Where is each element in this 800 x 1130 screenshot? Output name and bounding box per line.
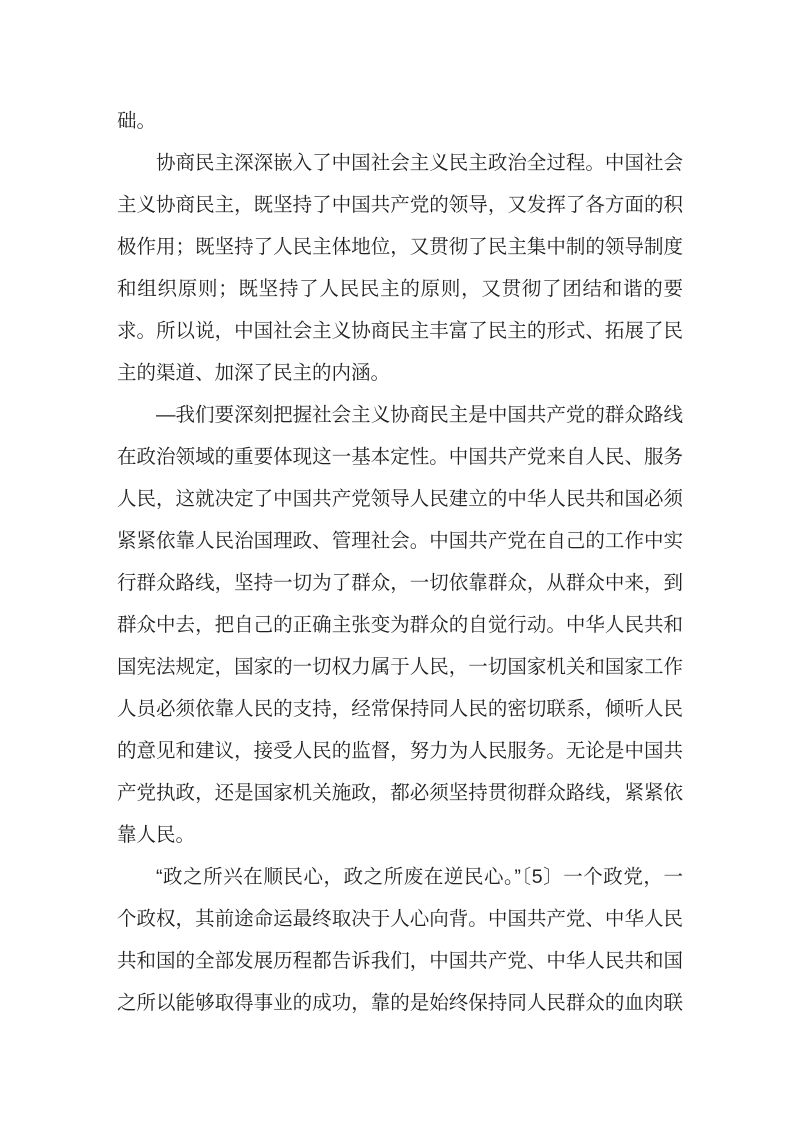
text-line: 主的渠道、加深了民主的内涵。 (117, 352, 683, 394)
text-line: 行群众路线，坚持一切为了群众，一切依靠群众，从群众中来，到 (117, 562, 683, 604)
text-line: 的意见和建议，接受人民的监督，努力为人民服务。无论是中国共 (117, 730, 683, 772)
text-line: 协商民主深深嵌入了中国社会主义民主政治全过程。中国社会 (117, 142, 683, 184)
paragraph: 础。 (117, 100, 683, 142)
document-content: 础。协商民主深深嵌入了中国社会主义民主政治全过程。中国社会主义协商民主，既坚持了… (117, 100, 683, 1024)
paragraph: —我们要深刻把握社会主义协商民主是中国共产党的群众路线在政治领域的重要体现这一基… (117, 394, 683, 856)
text-line: 紧紧依靠人民治国理政、管理社会。中国共产党在自己的工作中实 (117, 520, 683, 562)
text-line: 产党执政，还是国家机关施政，都必须坚持贯彻群众路线，紧紧依 (117, 772, 683, 814)
document-page: 础。协商民主深深嵌入了中国社会主义民主政治全过程。中国社会主义协商民主，既坚持了… (0, 0, 800, 1130)
text-line: 和组织原则；既坚持了人民民主的原则，又贯彻了团结和谐的要 (117, 268, 683, 310)
paragraph: 协商民主深深嵌入了中国社会主义民主政治全过程。中国社会主义协商民主，既坚持了中国… (117, 142, 683, 394)
paragraph: “政之所兴在顺民心，政之所废在逆民心。”〔5〕一个政党，一个政权，其前途命运最终… (117, 856, 683, 1024)
text-line: 国宪法规定，国家的一切权力属于人民，一切国家机关和国家工作 (117, 646, 683, 688)
text-line: “政之所兴在顺民心，政之所废在逆民心。”〔5〕一个政党，一 (117, 856, 683, 898)
text-line: 主义协商民主，既坚持了中国共产党的领导，又发挥了各方面的积 (117, 184, 683, 226)
text-line: 人民，这就决定了中国共产党领导人民建立的中华人民共和国必须 (117, 478, 683, 520)
text-line: 极作用；既坚持了人民主体地位，又贯彻了民主集中制的领导制度 (117, 226, 683, 268)
text-line: 础。 (117, 100, 683, 142)
text-line: 求。所以说，中国社会主义协商民主丰富了民主的形式、拓展了民 (117, 310, 683, 352)
text-line: 之所以能够取得事业的成功，靠的是始终保持同人民群众的血肉联 (117, 982, 683, 1024)
text-line: 在政治领域的重要体现这一基本定性。中国共产党来自人民、服务 (117, 436, 683, 478)
text-line: 靠人民。 (117, 814, 683, 856)
text-line: 个政权，其前途命运最终取决于人心向背。中国共产党、中华人民 (117, 898, 683, 940)
text-line: —我们要深刻把握社会主义协商民主是中国共产党的群众路线 (117, 394, 683, 436)
text-line: 群众中去，把自己的正确主张变为群众的自觉行动。中华人民共和 (117, 604, 683, 646)
text-line: 共和国的全部发展历程都告诉我们，中国共产党、中华人民共和国 (117, 940, 683, 982)
text-line: 人员必须依靠人民的支持，经常保持同人民的密切联系，倾听人民 (117, 688, 683, 730)
